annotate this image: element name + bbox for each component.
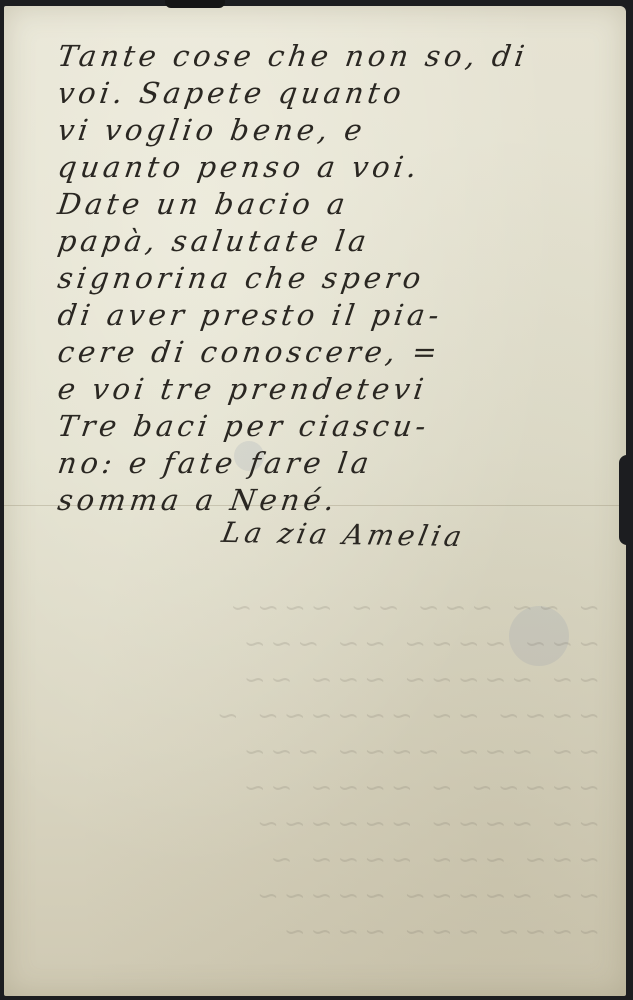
letter-line: somma a Nené. (55, 482, 600, 519)
letter-line: di aver presto il pia- (55, 297, 600, 334)
letter-line: Tre baci per ciascu- (55, 408, 600, 445)
letter-line: vi voglio bene, e (55, 112, 600, 149)
letter-line: cere di conoscere, = (55, 334, 600, 371)
letter-body: Tante cose che non so, di voi. Sapete qu… (58, 38, 598, 519)
letter-line: Date un bacio a (55, 186, 600, 223)
letter-line: papà, salutate la (55, 223, 600, 260)
reverse-side-bleed-through: ~ ~~ ~~~ ~~ ~~~~ ~~~ ~~~~ ~~ ~~~ ~~ ~~~~… (20, 590, 600, 950)
letter-line: signorina che spero (55, 260, 600, 297)
letter-line: quanto penso a voi. (55, 149, 600, 186)
letter-line: e voi tre prendetevi (55, 371, 600, 408)
letter-line: voi. Sapete quanto (55, 75, 600, 112)
clip-shadow (165, 0, 225, 8)
scanned-page: ~ ~~ ~~~ ~~ ~~~~ ~~~ ~~~~ ~~ ~~~ ~~ ~~~~… (0, 0, 633, 1000)
letter-line: no: e fate fare la (55, 445, 600, 482)
torn-edge (619, 455, 633, 545)
letter-line: Tante cose che non so, di (55, 38, 600, 75)
signature: La zia Amelia (219, 516, 468, 553)
